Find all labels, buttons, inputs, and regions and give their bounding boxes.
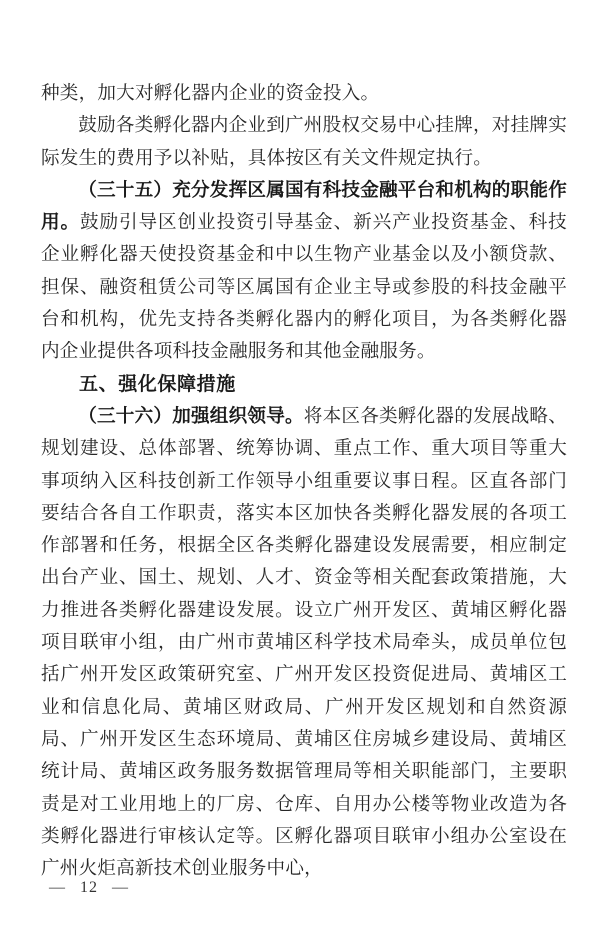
text-run: 将本区各类孵化器的发展战略、规划建设、总体部署、统筹协调、重点工作、重大项目等重… [41,406,567,879]
document-page: 种类，加大对孵化器内企业的资金投入。鼓励各类孵化器内企业到广州股权交易中心挂牌，… [0,0,600,949]
text-run: 鼓励引导区创业投资引导基金、新兴产业投资基金、科技企业孵化器天使投资基金和中以生… [41,212,567,362]
page-number-footer: — 12 — [49,878,129,898]
document-body: 种类，加大对孵化器内企业的资金投入。鼓励各类孵化器内企业到广州股权交易中心挂牌，… [41,78,567,885]
section-heading: 五、强化保障措施 [41,369,567,401]
text-run: 种类，加大对孵化器内企业的资金投入。 [41,83,379,104]
paragraph: （三十六）加强组织领导。将本区各类孵化器的发展战略、规划建设、总体部署、统筹协调… [41,401,567,885]
emphasis-text-run: （三十六）加强组织领导。 [78,406,304,427]
emphasis-text-run: 五、强化保障措施 [79,374,236,395]
text-run: 鼓励各类孵化器内企业到广州股权交易中心挂牌，对挂牌实际发生的费用予以补贴，具体按… [41,115,567,168]
paragraph: 种类，加大对孵化器内企业的资金投入。 [41,78,567,110]
paragraph: （三十五）充分发挥区属国有科技金融平台和机构的职能作用。鼓励引导区创业投资引导基… [41,175,567,369]
paragraph: 鼓励各类孵化器内企业到广州股权交易中心挂牌，对挂牌实际发生的费用予以补贴，具体按… [41,110,567,175]
